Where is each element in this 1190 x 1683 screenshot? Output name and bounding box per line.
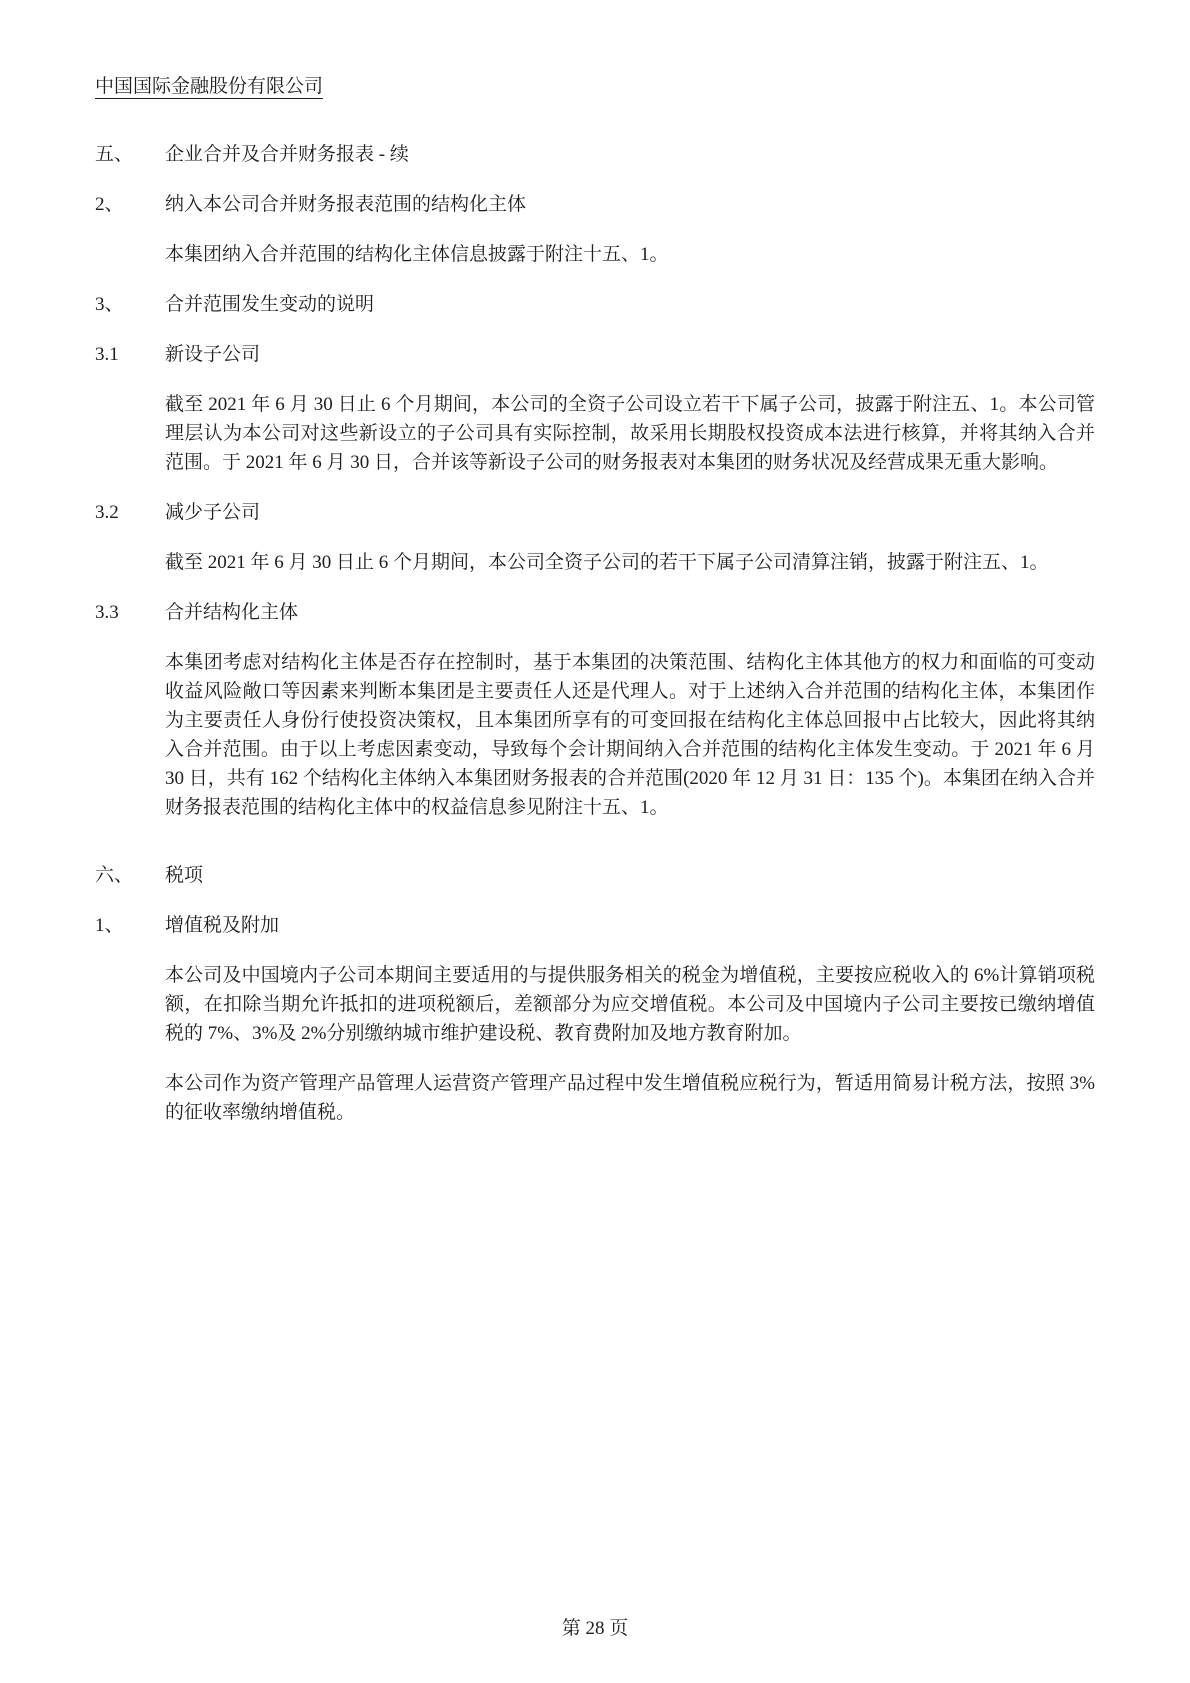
section-5-3-2-title: 减少子公司 [165, 498, 1095, 527]
document-page: 中国国际金融股份有限公司 五、 企业合并及合并财务报表 - 续 2、 纳入本公司… [0, 0, 1190, 1683]
section-5-3-1-heading: 3.1 新设子公司 [95, 340, 1095, 369]
section-5-3-3-paragraph: 本集团考虑对结构化主体是否存在控制时，基于本集团的决策范围、结构化主体其他方的权… [165, 648, 1095, 822]
section-5-heading: 五、 企业合并及合并财务报表 - 续 [95, 140, 1095, 169]
section-5-3-2-heading: 3.2 减少子公司 [95, 498, 1095, 527]
section-6-title: 税项 [165, 861, 1095, 890]
section-6-1-title: 增值税及附加 [165, 911, 1095, 940]
section-5-3-number: 3、 [95, 290, 165, 319]
section-5-3-1-number: 3.1 [95, 340, 165, 369]
section-5-title: 企业合并及合并财务报表 - 续 [165, 140, 1095, 169]
section-6-1-paragraph-2: 本公司作为资产管理产品管理人运营资产管理产品过程中发生增值税应税行为，暂适用简易… [165, 1069, 1095, 1127]
section-6-1-number: 1、 [95, 911, 165, 940]
section-5-3-1-title: 新设子公司 [165, 340, 1095, 369]
section-6-number: 六、 [95, 861, 165, 890]
section-5-2-title: 纳入本公司合并财务报表范围的结构化主体 [165, 190, 1095, 219]
section-5-3-heading: 3、 合并范围发生变动的说明 [95, 290, 1095, 319]
section-5-2-heading: 2、 纳入本公司合并财务报表范围的结构化主体 [95, 190, 1095, 219]
document-header: 中国国际金融股份有限公司 [95, 72, 1095, 101]
section-5-3-2-paragraph: 截至 2021 年 6 月 30 日止 6 个月期间，本公司全资子公司的若干下属… [165, 548, 1095, 577]
section-5-3-2-number: 3.2 [95, 498, 165, 527]
section-5-3-3-number: 3.3 [95, 598, 165, 627]
company-name: 中国国际金融股份有限公司 [95, 76, 323, 99]
section-5-number: 五、 [95, 140, 165, 169]
section-6-1-paragraph-1: 本公司及中国境内子公司本期间主要适用的与提供服务相关的税金为增值税，主要按应税收… [165, 961, 1095, 1048]
section-5-2-number: 2、 [95, 190, 165, 219]
section-5-2-paragraph: 本集团纳入合并范围的结构化主体信息披露于附注十五、1。 [165, 240, 1095, 269]
section-6-heading: 六、 税项 [95, 861, 1095, 890]
page-number: 第 28 页 [0, 1614, 1190, 1643]
section-5-3-3-title: 合并结构化主体 [165, 598, 1095, 627]
section-5-3-3-heading: 3.3 合并结构化主体 [95, 598, 1095, 627]
section-6-1-heading: 1、 增值税及附加 [95, 911, 1095, 940]
section-5-3-1-paragraph: 截至 2021 年 6 月 30 日止 6 个月期间，本公司的全资子公司设立若干… [165, 390, 1095, 477]
section-5-3-title: 合并范围发生变动的说明 [165, 290, 1095, 319]
